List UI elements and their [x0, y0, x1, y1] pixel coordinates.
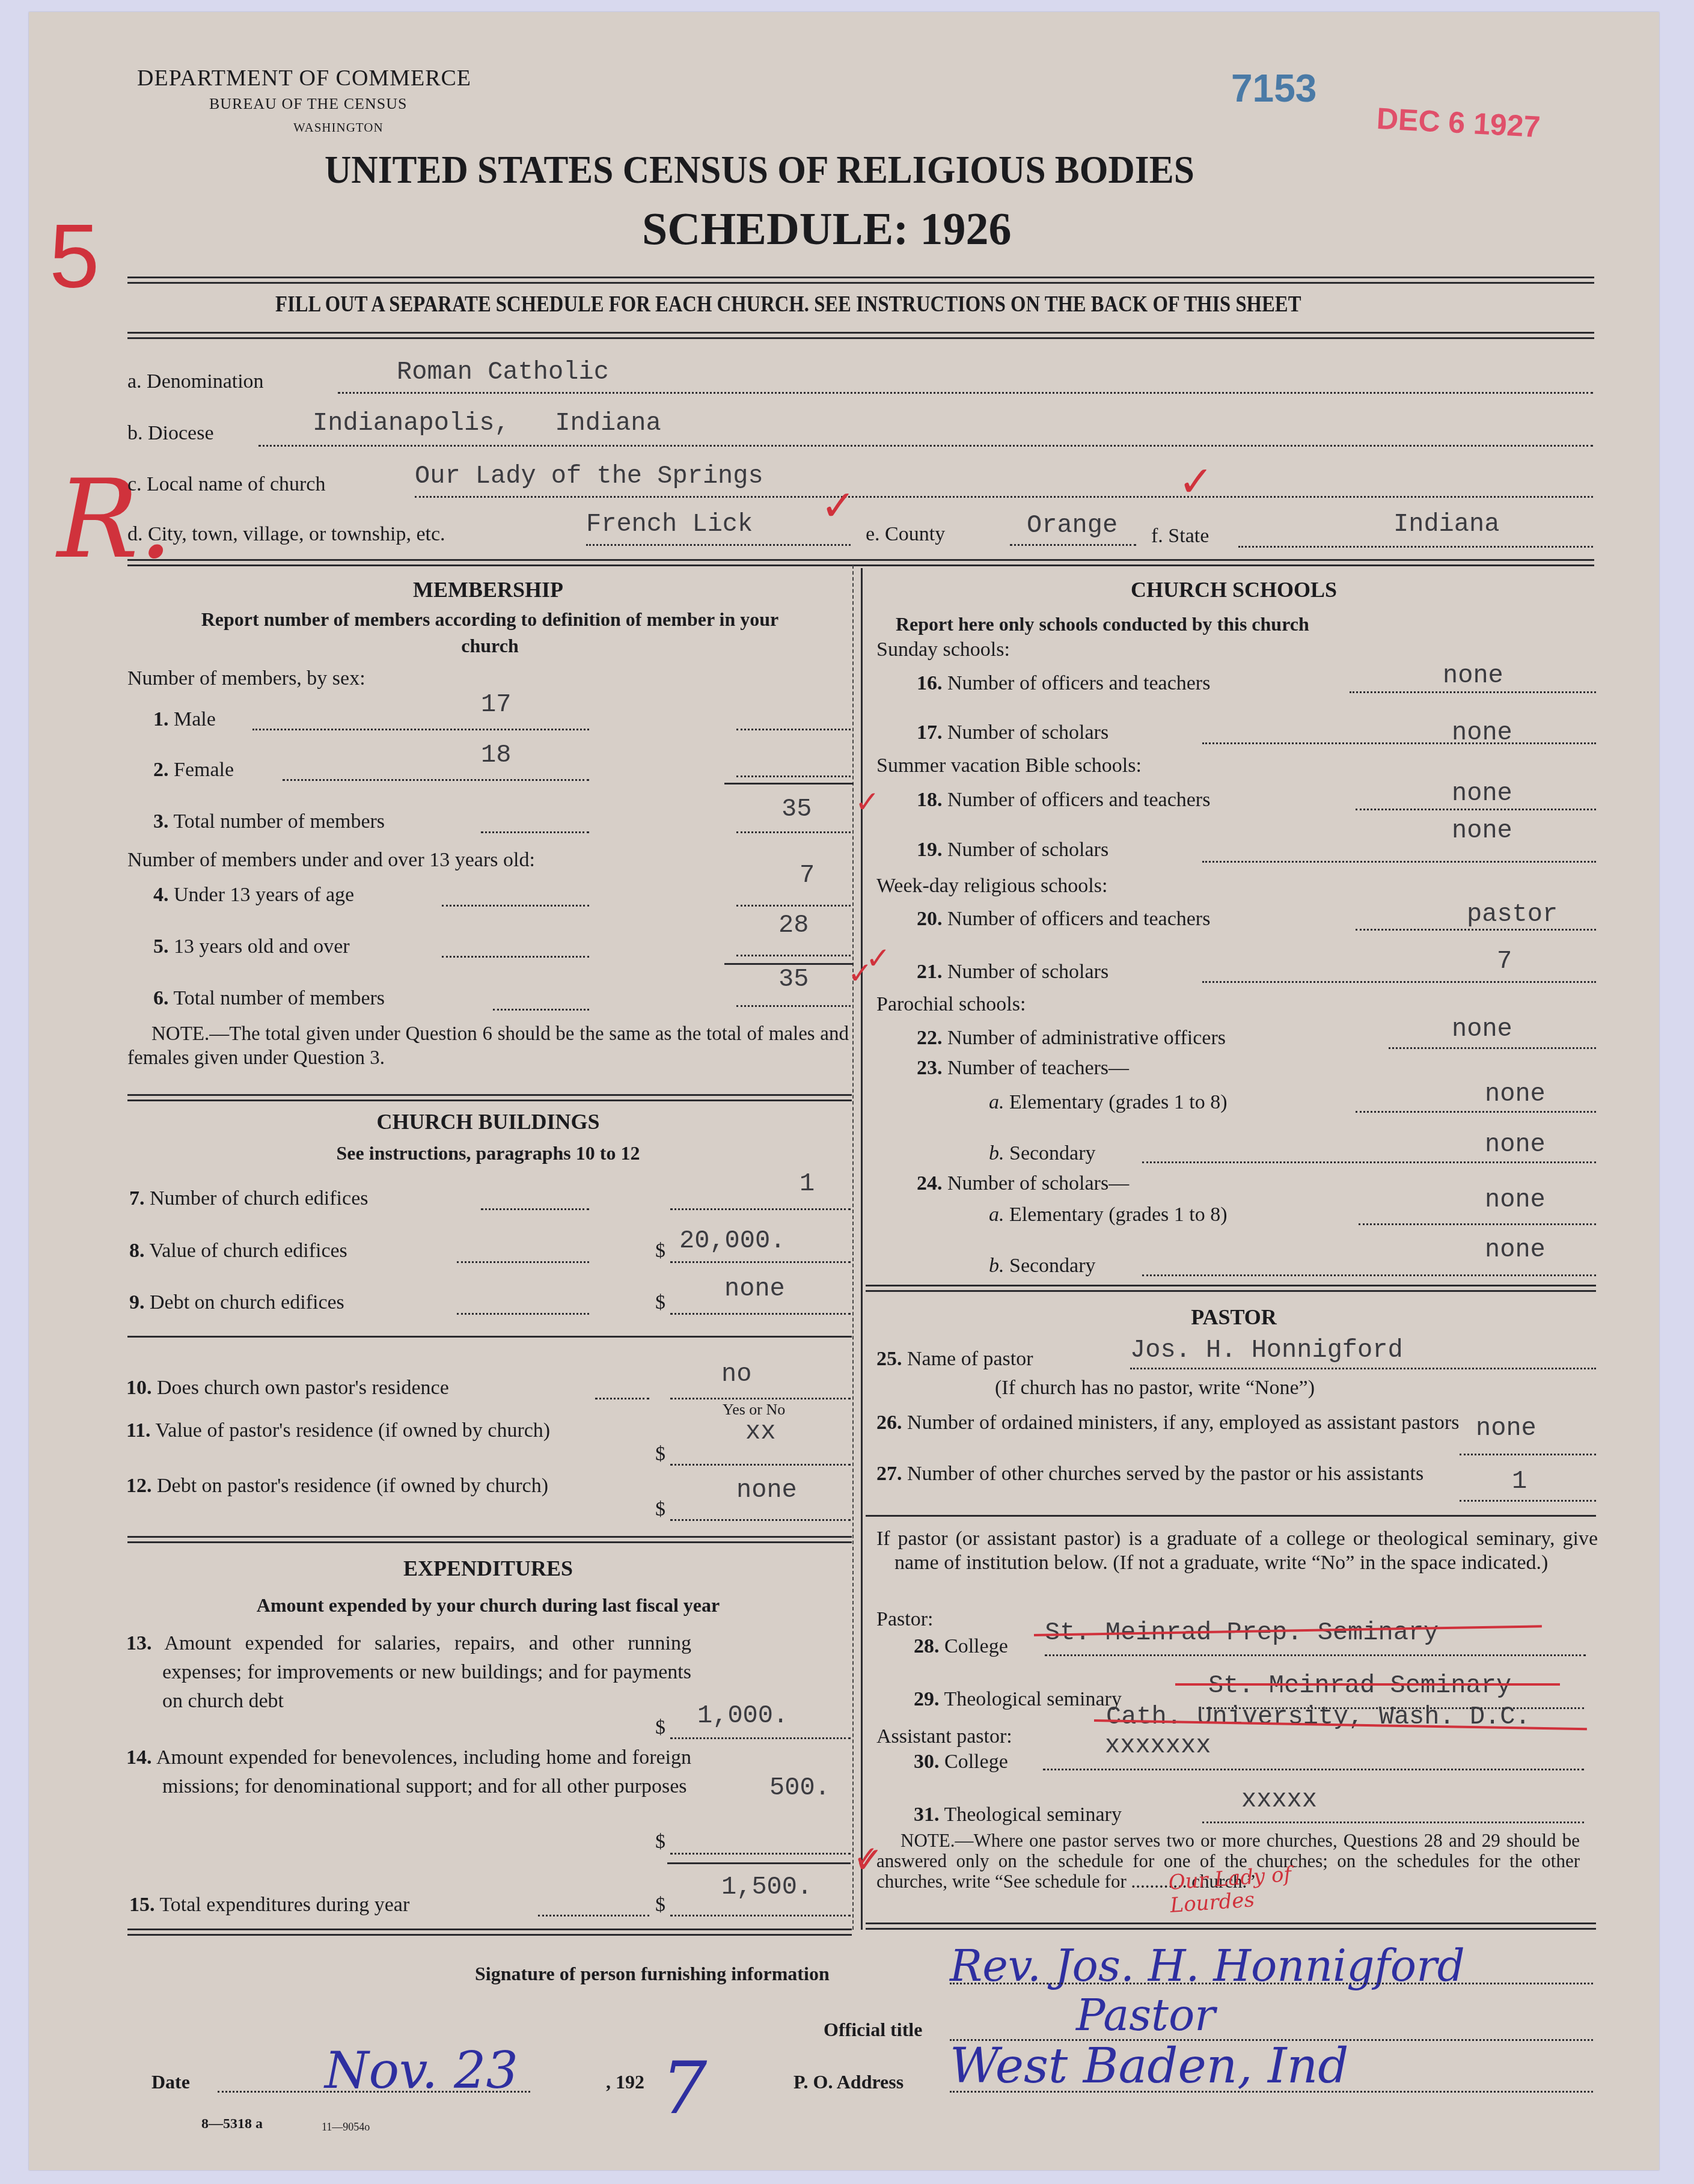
q7-value-line — [670, 1208, 851, 1210]
q24a-num: a. — [989, 1204, 1004, 1226]
sunday-teachers-value[interactable]: none — [1443, 661, 1503, 690]
q8-value-line — [670, 1261, 851, 1263]
expenditures-subtitle: Amount expended by your church during la… — [127, 1594, 849, 1617]
check-mark-city: ✓ — [821, 481, 856, 530]
parochial-officers-value[interactable]: none — [1452, 1015, 1512, 1044]
q25-text: Name of pastor — [907, 1348, 1033, 1370]
form-title: UNITED STATES CENSUS OF RELIGIOUS BODIES — [325, 147, 1194, 193]
q4-label: Under 13 years of age — [174, 884, 354, 906]
q3-label: Total number of members — [173, 810, 385, 833]
stamp-number: 7153 — [1231, 66, 1316, 111]
q23-text: Number of teachers— — [947, 1057, 1129, 1079]
q16-label: 16. Number of officers and teachers — [917, 672, 1210, 695]
county-line — [1010, 544, 1136, 546]
q31-num: 31. — [914, 1803, 940, 1826]
q12-label: 12. Debt on pastor's residence (if owned… — [126, 1473, 655, 1499]
date-line — [218, 2091, 530, 2093]
membership-title: MEMBERSHIP — [127, 577, 849, 602]
teachers-secondary-value[interactable]: none — [1485, 1130, 1546, 1159]
q22-label: 22. Number of administrative officers — [917, 1027, 1226, 1050]
total-expenditures-value[interactable]: 1,500. — [721, 1873, 812, 1901]
edifices-value[interactable]: 20,000. — [679, 1226, 785, 1255]
owns-residence-value[interactable]: no — [721, 1360, 751, 1389]
scholars-secondary-value[interactable]: none — [1485, 1235, 1546, 1264]
membership-note: NOTE.—The total given under Question 6 s… — [127, 1022, 849, 1070]
q24b-text: Secondary — [1009, 1255, 1096, 1277]
q27-value-line — [1460, 1500, 1596, 1502]
q29-num: 29. — [914, 1688, 940, 1710]
total-members-2-value-line — [736, 1005, 851, 1007]
male-total-line — [736, 729, 851, 730]
residence-value[interactable]: xx — [745, 1418, 775, 1446]
q28-label: 28. College — [914, 1635, 1008, 1658]
print-number: 11—9054o — [322, 2121, 370, 2134]
denomination-line — [338, 392, 1593, 394]
department-label: DEPARTMENT OF COMMERCE — [137, 65, 471, 91]
pastor-seminary-value[interactable]: St. Meinrad Seminary — [1208, 1671, 1511, 1700]
q24b-label: b. Secondary — [989, 1255, 1096, 1277]
q10-text: Does church own pastor's residence — [157, 1377, 449, 1399]
teachers-elementary-value[interactable]: none — [1485, 1080, 1546, 1109]
q8-text: Value of church edifices — [149, 1240, 347, 1262]
q15-text: Total expenditures during year — [159, 1894, 409, 1916]
note-handwritten-church: Our Lady of Lourdes — [1168, 1862, 1309, 1917]
q14-value-line — [670, 1853, 851, 1855]
q24b-num: b. — [989, 1255, 1004, 1277]
church-schools-title: CHURCH SCHOOLS — [869, 577, 1599, 602]
q6-num: 6. — [153, 987, 169, 1009]
summer-teachers-value[interactable]: none — [1452, 779, 1512, 808]
under13-value-line — [736, 905, 851, 907]
other-churches-value[interactable]: 1 — [1512, 1467, 1527, 1496]
q24-label: 24. Number of scholars— — [917, 1172, 1129, 1195]
pastor-name-value[interactable]: Jos. H. Honnigford — [1130, 1336, 1403, 1365]
church-buildings-title: CHURCH BUILDINGS — [127, 1109, 849, 1134]
q17-line — [1202, 742, 1596, 744]
sum-rule-1 — [724, 783, 854, 785]
q20-num: 20. — [917, 908, 943, 930]
total-members-2-value[interactable]: 35 — [778, 965, 809, 994]
total-members-2-label: 6. Total number of members — [153, 987, 385, 1010]
instruction-banner: FILL OUT A SEPARATE SCHEDULE FOR EACH CH… — [275, 291, 1301, 317]
margin-mark-5: 5 — [49, 204, 99, 308]
diocese-value[interactable]: Indianapolis, Indiana — [313, 409, 661, 438]
diocese-label: b. Diocese — [127, 422, 214, 445]
q24-num: 24. — [917, 1172, 943, 1194]
q21-label: 21. Number of scholars — [917, 961, 1108, 983]
q24b-line — [1142, 1274, 1596, 1276]
q12-text: Debt on pastor's residence (if owned by … — [157, 1475, 548, 1497]
lower-rule-right — [866, 1922, 1596, 1930]
q15-line — [538, 1915, 649, 1916]
buildings-mid-rule — [127, 1336, 852, 1338]
q7-line — [481, 1208, 589, 1210]
q7-text: Number of church edifices — [150, 1187, 368, 1210]
q14-dollar: $ — [655, 1831, 665, 1853]
q18-text: Number of officers and teachers — [947, 789, 1210, 811]
male-label: 1. Male — [153, 708, 216, 731]
city-value[interactable]: French Lick — [586, 510, 753, 539]
summer-schools-label: Summer vacation Bible schools: — [876, 754, 1142, 777]
q9-num: 9. — [129, 1291, 145, 1314]
q2-num: 2. — [153, 759, 169, 781]
q13-label: 13. Amount expended for salaries, repair… — [126, 1629, 691, 1716]
q27-text: Number of other churches served by the p… — [907, 1463, 1423, 1485]
q2-label: Female — [174, 759, 234, 781]
q31-label: 31. Theological seminary — [914, 1803, 1122, 1826]
q19-label: 19. Number of scholars — [917, 839, 1108, 861]
header-rule-top — [127, 277, 1594, 284]
edifices-count-value[interactable]: 1 — [800, 1169, 815, 1198]
q29-label: 29. Theological seminary — [914, 1688, 1122, 1711]
denomination-value[interactable]: Roman Catholic — [397, 358, 609, 387]
q21-line — [1202, 981, 1596, 983]
q17-num: 17. — [917, 721, 943, 744]
check-mark-county: ✓ — [1178, 457, 1214, 506]
county-label: e. County — [866, 523, 945, 546]
q30-label: 30. College — [914, 1751, 1008, 1773]
q9-text: Debt on church edifices — [150, 1291, 344, 1314]
q21-num: 21. — [917, 961, 943, 983]
over13-label: 5. 13 years old and over — [153, 935, 350, 958]
pastor-title: PASTOR — [869, 1305, 1599, 1330]
q17-label: 17. Number of scholars — [917, 721, 1108, 744]
q16-num: 16. — [917, 672, 943, 694]
q26-label: 26. Number of ordained ministers, if any… — [876, 1410, 1466, 1436]
q15-dollar: $ — [655, 1894, 665, 1916]
year-prefix: , 192 — [606, 2071, 644, 2093]
po-address-label: P. O. Address — [793, 2071, 904, 2093]
q17-text: Number of scholars — [947, 721, 1108, 744]
q9-value-line — [670, 1313, 851, 1315]
no-pastor-hint: (If church has no pastor, write “None”) — [995, 1377, 1315, 1399]
q23b-line — [1142, 1161, 1596, 1163]
signature-label: Signature of person furnishing informati… — [475, 1963, 830, 1985]
q6-label: Total number of members — [173, 987, 385, 1009]
q24-text: Number of scholars— — [947, 1172, 1129, 1194]
q10-label: 10. Does church own pastor's residence — [126, 1377, 449, 1399]
q5-num: 5. — [153, 935, 169, 958]
q22-line — [1389, 1047, 1596, 1049]
q28-num: 28. — [914, 1635, 940, 1657]
bureau-label: BUREAU OF THE CENSUS — [209, 95, 407, 113]
total-members-value-line — [736, 831, 851, 833]
q24a-line — [1359, 1223, 1596, 1225]
q31-line — [1202, 1822, 1584, 1823]
q23b-num: b. — [989, 1142, 1004, 1164]
q30-line — [1043, 1769, 1584, 1770]
q23a-line — [1356, 1111, 1596, 1113]
yes-or-no-hint: Yes or No — [723, 1401, 785, 1419]
church-buildings-subtitle: See instructions, paragraphs 10 to 12 — [127, 1142, 849, 1164]
q25-num: 25. — [876, 1348, 902, 1370]
q24a-text: Elementary (grades 1 to 8) — [1009, 1204, 1228, 1226]
by-sex-label: Number of members, by sex: — [127, 667, 365, 690]
q9-line — [457, 1313, 589, 1315]
county-value[interactable]: Orange — [1027, 511, 1118, 540]
assistant-seminary-value[interactable]: xxxxx — [1241, 1785, 1317, 1814]
state-value[interactable]: Indiana — [1393, 510, 1499, 539]
q22-text: Number of administrative officers — [947, 1027, 1226, 1049]
q20-line — [1356, 929, 1596, 931]
q8-dollar: $ — [655, 1240, 665, 1262]
q7-label: 7. Number of church edifices — [129, 1187, 368, 1210]
seminary-strikethrough — [1175, 1683, 1560, 1686]
state-line — [1238, 546, 1593, 548]
q5-label: 13 years old and over — [174, 935, 350, 958]
q10-line — [595, 1398, 649, 1399]
scholars-elementary-value[interactable]: none — [1485, 1185, 1546, 1214]
q12-value-line — [670, 1519, 851, 1521]
local-name-label: c. Local name of church — [127, 473, 325, 496]
over13-line — [442, 956, 589, 958]
weekday-schools-label: Week-day religious schools: — [876, 875, 1107, 898]
under13-label: 4. Under 13 years of age — [153, 884, 354, 907]
q23b-text: Secondary — [1009, 1142, 1096, 1164]
washington-label: WASHINGTON — [293, 120, 384, 135]
q19-text: Number of scholars — [947, 839, 1108, 861]
q31-text: Theological seminary — [944, 1803, 1122, 1826]
form-number: 8—5318 a — [201, 2116, 263, 2132]
q10-value-line — [670, 1398, 851, 1399]
identification-rule — [127, 559, 1594, 566]
assistant-edu-label: Assistant pastor: — [876, 1725, 1012, 1748]
q18-line — [1356, 809, 1596, 810]
q12-num: 12. — [126, 1475, 152, 1497]
q15-value-line — [670, 1915, 851, 1916]
under13-line — [442, 905, 589, 907]
assistant-college-value[interactable]: xxxxxxx — [1105, 1731, 1211, 1760]
age-group-label: Number of members under and over 13 year… — [127, 849, 535, 872]
q26-text: Number of ordained ministers, if any, em… — [907, 1412, 1459, 1434]
q15-label: 15. Total expenditures during year — [129, 1894, 409, 1916]
female-line — [283, 779, 589, 781]
column-divider — [861, 568, 863, 1930]
q21-text: Number of scholars — [947, 961, 1108, 983]
q19-line — [1202, 861, 1596, 863]
male-line — [252, 729, 589, 730]
q23b-label: b. Secondary — [989, 1142, 1096, 1165]
q30-num: 30. — [914, 1751, 940, 1773]
q11-label: 11. Value of pastor's residence (if owne… — [126, 1418, 655, 1444]
weekday-scholars-value[interactable]: 7 — [1497, 947, 1512, 976]
q13-num: 13. — [126, 1632, 152, 1654]
q15-num: 15. — [129, 1894, 155, 1916]
q1-label: Male — [174, 708, 216, 730]
q16-line — [1350, 691, 1596, 693]
expenditures-title: EXPENDITURES — [127, 1556, 849, 1581]
q23a-num: a. — [989, 1091, 1004, 1113]
q20-text: Number of officers and teachers — [947, 908, 1210, 930]
q18-label: 18. Number of officers and teachers — [917, 789, 1210, 812]
q23-label: 23. Number of teachers— — [917, 1057, 1129, 1080]
q9-dollar: $ — [655, 1291, 665, 1314]
q14-text: Amount expended for benevolences, includ… — [156, 1746, 691, 1797]
benevolences-value[interactable]: 500. — [769, 1773, 830, 1802]
total-members-label: 3. Total number of members — [153, 810, 385, 833]
q13-text: Amount expended for salaries, repairs, a… — [162, 1632, 691, 1712]
pastor-mid-rule — [866, 1515, 1596, 1517]
q28-text: College — [944, 1635, 1008, 1657]
female-total-line — [736, 775, 851, 777]
q13-dollar: $ — [655, 1716, 665, 1739]
parochial-schools-label: Parochial schools: — [876, 993, 1026, 1016]
local-name-line — [415, 496, 1593, 498]
year-suffix-value[interactable]: 7 — [661, 2047, 707, 2130]
q22-num: 22. — [917, 1027, 943, 1049]
local-name-value[interactable]: Our Lady of the Springs — [415, 462, 763, 491]
total-members-2-line — [493, 1009, 589, 1011]
q8-label: 8. Value of church edifices — [129, 1240, 347, 1262]
q13-value-line — [670, 1737, 851, 1739]
q8-line — [457, 1261, 589, 1263]
po-address-line — [950, 2091, 1593, 2093]
q24a-label: a. Elementary (grades 1 to 8) — [989, 1204, 1228, 1226]
q28-line — [1045, 1654, 1586, 1656]
sum-rule-3 — [667, 1862, 851, 1864]
q1-num: 1. — [153, 708, 169, 730]
q27-label: 27. Number of other churches served by t… — [876, 1461, 1466, 1487]
city-label: d. City, town, village, or township, etc… — [127, 523, 445, 546]
over13-value[interactable]: 28 — [778, 911, 809, 940]
pastor-edu-label: Pastor: — [876, 1608, 933, 1631]
q19-num: 19. — [917, 839, 943, 861]
q14-num: 14. — [126, 1746, 152, 1769]
q26-num: 26. — [876, 1412, 902, 1434]
q23a-text: Elementary (grades 1 to 8) — [1009, 1091, 1228, 1113]
official-title-label: Official title — [824, 2019, 922, 2041]
weekday-teachers-value[interactable]: pastor — [1467, 900, 1558, 929]
city-line — [586, 544, 851, 546]
date-label: Date — [151, 2071, 190, 2093]
assistant-pastors-value[interactable]: none — [1476, 1414, 1537, 1443]
under13-value[interactable]: 7 — [800, 861, 815, 890]
denomination-label: a. Denomination — [127, 370, 264, 393]
q11-num: 11. — [126, 1419, 151, 1442]
membership-subtitle: Report number of members according to de… — [174, 606, 806, 659]
church-schools-subtitle: Report here only schools conducted by th… — [896, 613, 1309, 635]
female-value[interactable]: 18 — [481, 741, 511, 769]
q9-label: 9. Debt on church edifices — [129, 1291, 344, 1314]
q30-text: College — [944, 1751, 1008, 1773]
column-divider-dashed — [852, 565, 854, 1930]
q25-line — [1130, 1368, 1596, 1369]
schedule-title: SCHEDULE: 1926 — [642, 203, 1011, 255]
q23a-label: a. Elementary (grades 1 to 8) — [989, 1091, 1228, 1114]
po-address-value[interactable]: West Baden, Ind — [950, 2038, 1348, 2094]
sunday-schools-label: Sunday schools: — [876, 638, 1010, 661]
q7-num: 7. — [129, 1187, 145, 1210]
q25-label: 25. Name of pastor — [876, 1348, 1033, 1371]
q8-num: 8. — [129, 1240, 145, 1262]
female-label: 2. Female — [153, 759, 234, 782]
running-expenses-value[interactable]: 1,000. — [697, 1701, 788, 1730]
q11-text: Value of pastor's residence (if owned by… — [156, 1419, 551, 1442]
q26-value-line — [1460, 1454, 1596, 1455]
q29-text: Theological seminary — [944, 1688, 1122, 1710]
check-mark-weekday: ✓ — [866, 941, 891, 976]
q14-label: 14. Amount expended for benevolences, in… — [126, 1743, 691, 1801]
signature-line — [950, 1983, 1593, 1984]
state-label: f. State — [1151, 525, 1209, 548]
q11-value-line — [670, 1464, 851, 1466]
male-value[interactable]: 17 — [481, 690, 511, 719]
q11-dollar: $ — [655, 1443, 665, 1466]
lower-rule-left — [127, 1929, 852, 1936]
summer-scholars-value[interactable]: none — [1452, 816, 1512, 845]
q18-num: 18. — [917, 789, 943, 811]
edifices-debt-value[interactable]: none — [724, 1274, 785, 1303]
official-title-value[interactable]: Pastor — [1076, 1990, 1215, 2040]
total-members-line — [481, 831, 589, 833]
q12-dollar: $ — [655, 1498, 665, 1521]
q16-text: Number of officers and teachers — [947, 672, 1210, 694]
q3-num: 3. — [153, 810, 169, 833]
education-intro: If pastor (or assistant pastor) is a gra… — [876, 1527, 1598, 1575]
q27-num: 27. — [876, 1463, 902, 1485]
schools-rule — [866, 1285, 1596, 1292]
membership-rule — [127, 1094, 852, 1101]
q23-num: 23. — [917, 1057, 943, 1079]
residence-debt-value[interactable]: none — [736, 1476, 797, 1505]
q4-num: 4. — [153, 884, 169, 906]
total-members-value[interactable]: 35 — [781, 795, 812, 824]
buildings-rule — [127, 1536, 852, 1543]
check-mark-note: ✓ — [854, 1840, 884, 1882]
diocese-line — [258, 445, 1593, 447]
check-mark-total: ✓ — [855, 785, 880, 819]
header-rule-bottom — [127, 332, 1594, 339]
q20-label: 20. Number of officers and teachers — [917, 908, 1210, 931]
q10-num: 10. — [126, 1377, 152, 1399]
over13-value-line — [736, 955, 851, 956]
